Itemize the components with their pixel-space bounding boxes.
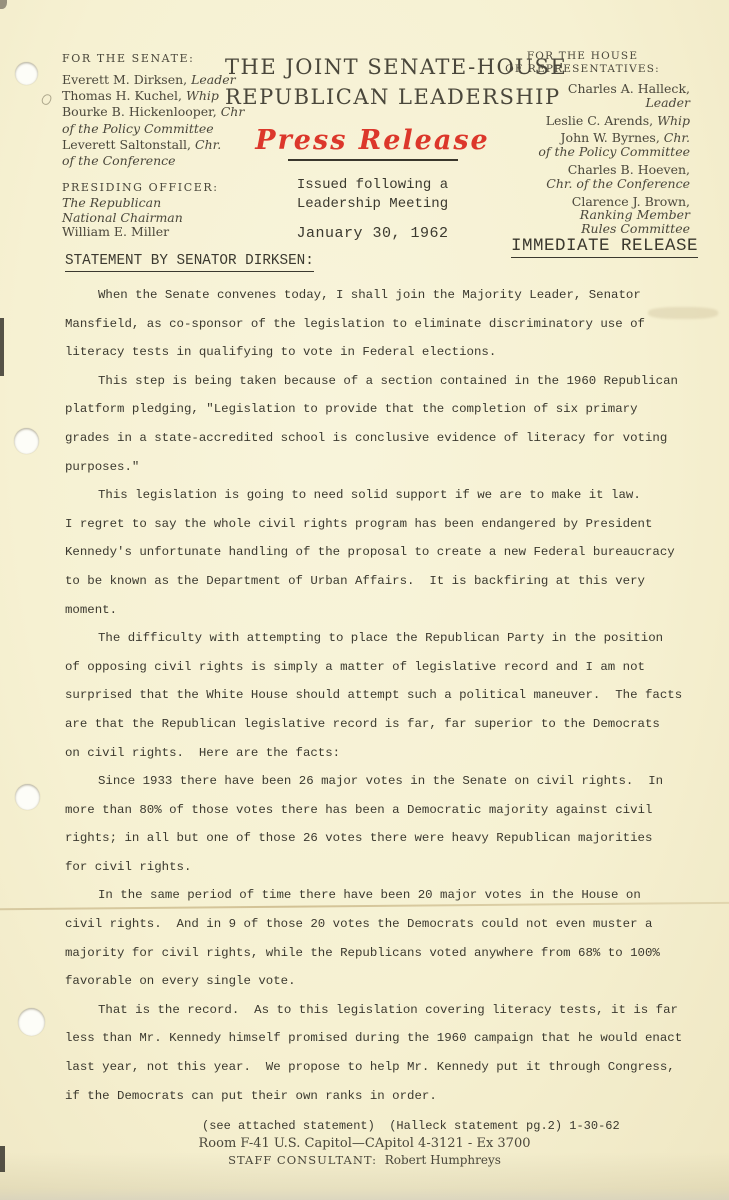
statement-paragraph: Since 1933 there have been 26 major vote… bbox=[65, 767, 695, 881]
member-line: William E. Miller bbox=[62, 225, 247, 240]
member-line: Charles A. Halleck, bbox=[475, 82, 690, 96]
house-members-list: Charles A. Halleck,LeaderLeslie C. Arend… bbox=[475, 82, 690, 236]
house-heading-line1: FOR THE HOUSE bbox=[475, 50, 690, 63]
house-leadership-column: FOR THE HOUSE OF REPRESENTATIVES: Charle… bbox=[475, 50, 690, 240]
presiding-officer-lines: The RepublicanNational ChairmanWilliam E… bbox=[62, 196, 247, 240]
member-line: John W. Byrnes, Chr. bbox=[475, 131, 690, 145]
presiding-officer-heading: PRESIDING OFFICER: bbox=[62, 181, 247, 194]
scan-pencil-mark bbox=[41, 93, 53, 106]
press-release-underline bbox=[288, 159, 458, 161]
house-member-group: Charles B. Hoeven,Chr. of the Conference bbox=[475, 163, 690, 191]
statement-paragraph: In the same period of time there have be… bbox=[65, 881, 695, 995]
body-line: This step is being taken because of a se… bbox=[65, 367, 695, 396]
member-line: Everett M. Dirksen, Leader bbox=[62, 72, 247, 88]
body-line: moment. bbox=[65, 596, 695, 625]
punch-hole bbox=[15, 62, 38, 85]
staff-consultant-name: Robert Humphreys bbox=[381, 1153, 501, 1167]
body-line: Kennedy's unfortunate handling of the pr… bbox=[65, 538, 695, 567]
body-line: Since 1933 there have been 26 major vote… bbox=[65, 767, 695, 796]
senate-leadership-column: FOR THE SENATE: Everett M. Dirksen, Lead… bbox=[62, 52, 247, 240]
body-line: I regret to say the whole civil rights p… bbox=[65, 510, 695, 539]
staff-consultant-label: STAFF CONSULTANT: bbox=[228, 1153, 377, 1167]
body-line: literacy tests in qualifying to vote in … bbox=[65, 338, 695, 367]
statement-paragraph: This legislation is going to need solid … bbox=[65, 481, 695, 624]
member-line: of the Policy Committee bbox=[475, 145, 690, 159]
house-member-group: Charles A. Halleck,Leader bbox=[475, 82, 690, 110]
statement-heading: STATEMENT BY SENATOR DIRKSEN: bbox=[65, 253, 314, 272]
body-line: for civil rights. bbox=[65, 853, 695, 882]
statement-paragraph: When the Senate convenes today, I shall … bbox=[65, 281, 695, 367]
body-line: favorable on every single vote. bbox=[65, 967, 695, 996]
body-line: last year, not this year. We propose to … bbox=[65, 1053, 695, 1082]
body-line: more than 80% of those votes there has b… bbox=[65, 796, 695, 825]
member-line: Leader bbox=[475, 96, 690, 110]
body-line: are that the Republican legislative reco… bbox=[65, 710, 695, 739]
body-line: to be known as the Department of Urban A… bbox=[65, 567, 695, 596]
senate-members-list: Everett M. Dirksen, LeaderThomas H. Kuch… bbox=[62, 72, 247, 169]
body-line: less than Mr. Kennedy himself promised d… bbox=[65, 1024, 695, 1053]
body-line: rights; in all but one of those 26 votes… bbox=[65, 824, 695, 853]
footer-address: Room F-41 U.S. Capitol—CApitol 4-3121 - … bbox=[0, 1136, 729, 1151]
body-line: The difficulty with attempting to place … bbox=[65, 624, 695, 653]
member-line: Bourke B. Hickenlooper, Chr bbox=[62, 104, 247, 120]
scan-edge-mark bbox=[0, 318, 4, 376]
house-member-group: John W. Byrnes, Chr.of the Policy Commit… bbox=[475, 131, 690, 159]
statement-paragraph: The difficulty with attempting to place … bbox=[65, 624, 695, 767]
body-line: That is the record. As to this legislati… bbox=[65, 996, 695, 1025]
body-line: Mansfield, as co-sponsor of the legislat… bbox=[65, 310, 695, 339]
presiding-officer-block: PRESIDING OFFICER: The RepublicanNationa… bbox=[62, 181, 247, 240]
press-release-document: FOR THE SENATE: Everett M. Dirksen, Lead… bbox=[0, 0, 729, 1200]
body-line: In the same period of time there have be… bbox=[65, 881, 695, 910]
member-line: Ranking Member bbox=[475, 208, 690, 222]
body-line: purposes." bbox=[65, 453, 695, 482]
punch-hole bbox=[14, 428, 39, 454]
senate-column-heading: FOR THE SENATE: bbox=[62, 52, 247, 65]
statement-paragraph: This step is being taken because of a se… bbox=[65, 367, 695, 481]
body-line: on civil rights. Here are the facts: bbox=[65, 739, 695, 768]
body-line: majority for civil rights, while the Rep… bbox=[65, 939, 695, 968]
house-heading-line2: OF REPRESENTATIVES: bbox=[475, 63, 690, 76]
member-line: National Chairman bbox=[62, 211, 247, 226]
statement-paragraph: That is the record. As to this legislati… bbox=[65, 996, 695, 1110]
member-line: Chr. of the Conference bbox=[475, 177, 690, 191]
house-column-heading: FOR THE HOUSE OF REPRESENTATIVES: bbox=[475, 50, 690, 76]
body-line: if the Democrats can put their own ranks… bbox=[65, 1082, 695, 1111]
footer-note: (see attached statement) (Halleck statem… bbox=[202, 1118, 620, 1134]
footer-staff-line: STAFF CONSULTANT: Robert Humphreys bbox=[0, 1153, 729, 1167]
body-line: surprised that the White House should at… bbox=[65, 681, 695, 710]
member-line: Clarence J. Brown, bbox=[475, 195, 690, 209]
member-line: Leverett Saltonstall, Chr. bbox=[62, 137, 247, 153]
member-line: of the Policy Committee bbox=[62, 121, 247, 137]
body-line: This legislation is going to need solid … bbox=[65, 481, 695, 510]
member-line: Thomas H. Kuchel, Whip bbox=[62, 88, 247, 104]
body-line: platform pledging, "Legislation to provi… bbox=[65, 395, 695, 424]
punch-hole bbox=[18, 1008, 45, 1036]
body-line: When the Senate convenes today, I shall … bbox=[65, 281, 695, 310]
body-line: civil rights. And in 9 of those 20 votes… bbox=[65, 910, 695, 939]
statement-body: When the Senate convenes today, I shall … bbox=[65, 281, 695, 1110]
body-line: of opposing civil rights is simply a mat… bbox=[65, 653, 695, 682]
punch-hole bbox=[15, 784, 40, 810]
statement-section: STATEMENT BY SENATOR DIRKSEN: When the S… bbox=[65, 249, 695, 1110]
scan-corner-mark bbox=[0, 0, 7, 9]
member-line: Charles B. Hoeven, bbox=[475, 163, 690, 177]
member-line: Leslie C. Arends, Whip bbox=[475, 114, 690, 128]
body-line: grades in a state-accredited school is c… bbox=[65, 424, 695, 453]
member-line: Rules Committee bbox=[475, 222, 690, 236]
member-line: of the Conference bbox=[62, 153, 247, 169]
member-line: The Republican bbox=[62, 196, 247, 211]
house-member-group: Clarence J. Brown,Ranking MemberRules Co… bbox=[475, 195, 690, 236]
house-member-group: Leslie C. Arends, Whip bbox=[475, 114, 690, 128]
